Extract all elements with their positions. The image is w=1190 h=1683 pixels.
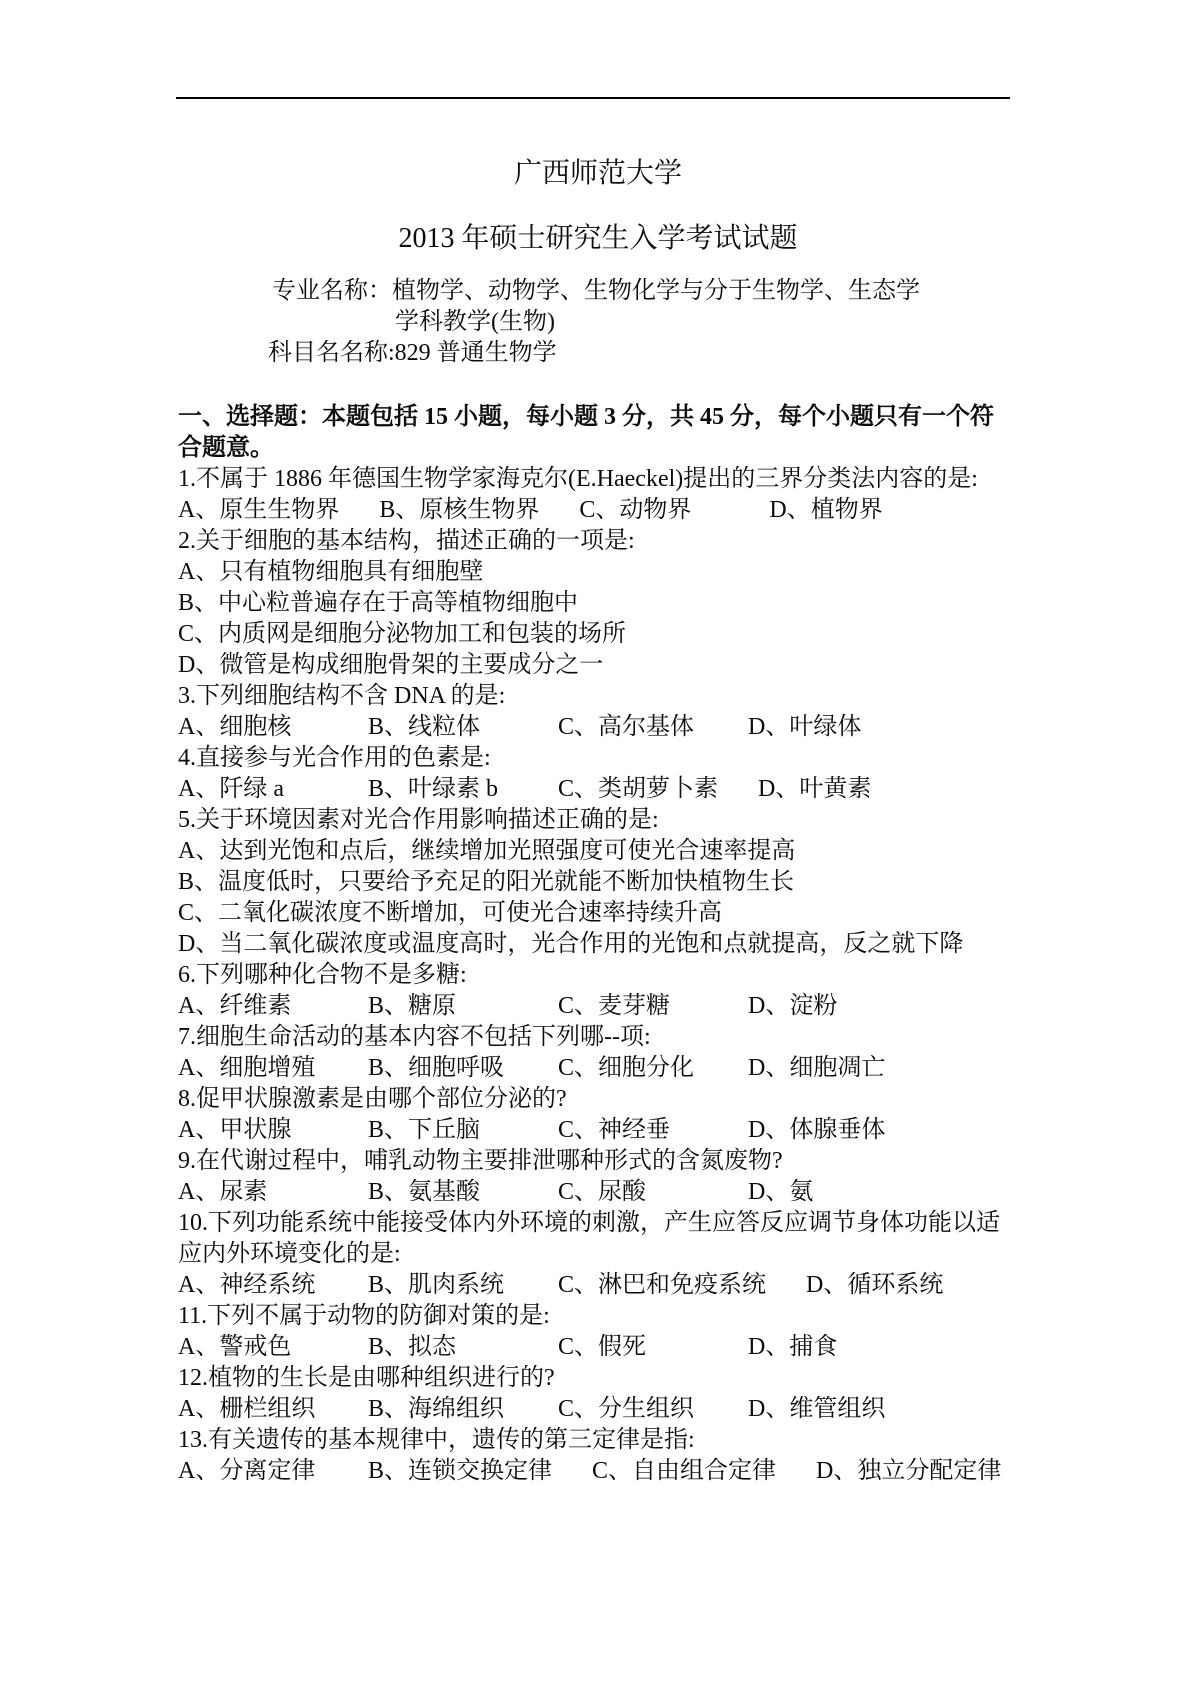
question-item: 11.下列不属于动物的防御对策的是: A、警戒色B、拟态C、假死D、捕食 (178, 1301, 1018, 1363)
question-item: 9.在代谢过程中，哺乳动物主要排泄哪种形式的含氮废物? A、尿素B、氨基酸C、尿… (178, 1146, 1018, 1208)
question-stem: 12.植物的生长是由哪种组织进行的? (178, 1363, 1018, 1394)
question-stem: 10.下列功能系统中能接受体内外环境的刺激，产生应答反应调节身体功能以适应内外环… (178, 1208, 1018, 1270)
question-item: 6.下列哪种化合物不是多糖: A、纤维素B、糖原C、麦芽糖D、淀粉 (178, 960, 1018, 1022)
option: D、循环系统 (806, 1270, 943, 1301)
option: C、麦芽糖 (558, 991, 708, 1022)
option: C、类胡萝卜素 (558, 774, 718, 805)
questions-list: 1.不属于 1886 年德国生物学家海克尔(E.Haeckel)提出的三界分类法… (178, 464, 1018, 1487)
option: A、尿素 (178, 1177, 328, 1208)
option: B、连锁交换定律 (368, 1456, 552, 1487)
option: C、淋巴和免疫系统 (558, 1270, 766, 1301)
option: C、高尔基体 (558, 712, 708, 743)
question-stem: 5.关于环境因素对光合作用影响描述正确的是: (178, 805, 1018, 836)
option: D、当二氧化碳浓度或温度高时，光合作用的光饱和点就提高，反之就下降 (178, 929, 1018, 960)
option: D、体腺垂体 (748, 1115, 885, 1146)
exam-info-block: 专业名称：植物学、动物学、生物化学与分于生物学、生态学 学科教学(生物) 科目名… (178, 276, 1018, 369)
option: A、原生生物界 (178, 495, 339, 526)
option: D、叶绿体 (748, 712, 861, 743)
option: D、氨 (748, 1177, 813, 1208)
options-row: A、细胞增殖B、细胞呼吸C、细胞分化D、细胞凋亡 (178, 1053, 1018, 1084)
option: C、神经垂 (558, 1115, 708, 1146)
options-row: A、分离定律B、连锁交换定律C、自由组合定律D、独立分配定律 (178, 1456, 1018, 1487)
question-item: 12.植物的生长是由哪种组织进行的? A、栅栏组织B、海绵组织C、分生组织D、维… (178, 1363, 1018, 1425)
option: B、氨基酸 (368, 1177, 518, 1208)
question-stem: 11.下列不属于动物的防御对策的是: (178, 1301, 1018, 1332)
question-item: 3.下列细胞结构不含 DNA 的是: A、细胞核B、线粒体C、高尔基体D、叶绿体 (178, 681, 1018, 743)
section-heading-line2: 合题意。 (178, 433, 1018, 464)
options-row: A、警戒色B、拟态C、假死D、捕食 (178, 1332, 1018, 1363)
option: D、微管是构成细胞骨架的主要成分之一 (178, 650, 1018, 681)
section-heading: 一、选择题：本题包括 15 小题，每小题 3 分，共 45 分，每个小题只有一个… (178, 402, 1018, 464)
option: B、细胞呼吸 (368, 1053, 518, 1084)
option: A、警戒色 (178, 1332, 328, 1363)
page-content: 广西师范大学 2013 年硕士研究生入学考试试题 专业名称：植物学、动物学、生物… (178, 99, 1018, 1487)
subject-name-line: 科目名名称:829 普通生物学 (178, 338, 1018, 369)
question-item: 7.细胞生命活动的基本内容不包括下列哪--项: A、细胞增殖B、细胞呼吸C、细胞… (178, 1022, 1018, 1084)
option: A、只有植物细胞具有细胞壁 (178, 557, 1018, 588)
option: C、自由组合定律 (592, 1456, 776, 1487)
option: C、分生组织 (558, 1394, 708, 1425)
university-title: 广西师范大学 (178, 157, 1018, 191)
option: C、内质网是细胞分泌物加工和包装的场所 (178, 619, 1018, 650)
major-names-line2: 学科教学(生物) (178, 307, 1018, 338)
option: C、假死 (558, 1332, 708, 1363)
section-heading-line1: 一、选择题：本题包括 15 小题，每小题 3 分，共 45 分，每个小题只有一个… (178, 402, 1018, 433)
option: C、动物界 (579, 495, 729, 526)
option: C、尿酸 (558, 1177, 708, 1208)
question-stem: 13.有关遗传的基本规律中，遗传的第三定律是指: (178, 1425, 1018, 1456)
question-stem: 3.下列细胞结构不含 DNA 的是: (178, 681, 1018, 712)
question-item: 5.关于环境因素对光合作用影响描述正确的是: A、达到光饱和点后，继续增加光照强… (178, 805, 1018, 960)
options-row: A、纤维素B、糖原C、麦芽糖D、淀粉 (178, 991, 1018, 1022)
options-row: A、甲状腺B、下丘脑C、神经垂D、体腺垂体 (178, 1115, 1018, 1146)
question-stem: 7.细胞生命活动的基本内容不包括下列哪--项: (178, 1022, 1018, 1053)
options-row: A、栅栏组织B、海绵组织C、分生组织D、维管组织 (178, 1394, 1018, 1425)
option: A、分离定律 (178, 1456, 328, 1487)
options-row: A、只有植物细胞具有细胞壁B、中心粒普遍存在于高等植物细胞中C、内质网是细胞分泌… (178, 557, 1018, 681)
option: C、二氧化碳浓度不断增加，可使光合速率持续升高 (178, 898, 1018, 929)
question-stem: 6.下列哪种化合物不是多糖: (178, 960, 1018, 991)
option: A、神经系统 (178, 1270, 328, 1301)
question-item: 13.有关遗传的基本规律中，遗传的第三定律是指: A、分离定律B、连锁交换定律C… (178, 1425, 1018, 1487)
question-stem: 9.在代谢过程中，哺乳动物主要排泄哪种形式的含氮废物? (178, 1146, 1018, 1177)
option: D、捕食 (748, 1332, 837, 1363)
option: D、淀粉 (748, 991, 837, 1022)
option: D、维管组织 (748, 1394, 885, 1425)
option: B、中心粒普遍存在于高等植物细胞中 (178, 588, 1018, 619)
option: D、植物界 (769, 495, 882, 526)
option: A、细胞核 (178, 712, 328, 743)
question-item: 4.直接参与光合作用的色素是: A、阡绿 aB、叶绿素 bC、类胡萝卜素D、叶黄… (178, 743, 1018, 805)
option: D、独立分配定律 (816, 1456, 1001, 1487)
options-row: A、细胞核B、线粒体C、高尔基体D、叶绿体 (178, 712, 1018, 743)
question-stem: 1.不属于 1886 年德国生物学家海克尔(E.Haeckel)提出的三界分类法… (178, 464, 1018, 495)
option: B、线粒体 (368, 712, 518, 743)
options-row: A、达到光饱和点后，继续增加光照强度可使光合速率提高B、温度低时，只要给予充足的… (178, 836, 1018, 960)
option: A、甲状腺 (178, 1115, 328, 1146)
question-item: 10.下列功能系统中能接受体内外环境的刺激，产生应答反应调节身体功能以适应内外环… (178, 1208, 1018, 1301)
option: B、糖原 (368, 991, 518, 1022)
question-item: 1.不属于 1886 年德国生物学家海克尔(E.Haeckel)提出的三界分类法… (178, 464, 1018, 526)
option: A、达到光饱和点后，继续增加光照强度可使光合速率提高 (178, 836, 1018, 867)
options-row: A、阡绿 aB、叶绿素 bC、类胡萝卜素D、叶黄素 (178, 774, 1018, 805)
option: C、细胞分化 (558, 1053, 708, 1084)
option: A、阡绿 a (178, 774, 328, 805)
options-row: A、尿素B、氨基酸C、尿酸D、氨 (178, 1177, 1018, 1208)
option: A、纤维素 (178, 991, 328, 1022)
option: B、海绵组织 (368, 1394, 518, 1425)
option: B、下丘脑 (368, 1115, 518, 1146)
options-row: A、原生生物界B、原核生物界C、动物界D、植物界 (178, 495, 1018, 526)
question-item: 2.关于细胞的基本结构，描述正确的一项是: A、只有植物细胞具有细胞壁B、中心粒… (178, 526, 1018, 681)
option: D、叶黄素 (758, 774, 871, 805)
option: B、肌肉系统 (368, 1270, 518, 1301)
option: A、细胞增殖 (178, 1053, 328, 1084)
question-item: 8.促甲状腺激素是由哪个部位分泌的? A、甲状腺B、下丘脑C、神经垂D、体腺垂体 (178, 1084, 1018, 1146)
question-stem: 8.促甲状腺激素是由哪个部位分泌的? (178, 1084, 1018, 1115)
question-stem: 4.直接参与光合作用的色素是: (178, 743, 1018, 774)
question-stem: 2.关于细胞的基本结构，描述正确的一项是: (178, 526, 1018, 557)
option: B、温度低时，只要给予充足的阳光就能不断加快植物生长 (178, 867, 1018, 898)
options-row: A、神经系统B、肌肉系统C、淋巴和免疫系统D、循环系统 (178, 1270, 1018, 1301)
exam-title: 2013 年硕士研究生入学考试试题 (178, 222, 1018, 256)
option: B、拟态 (368, 1332, 518, 1363)
major-names-line: 专业名称：植物学、动物学、生物化学与分于生物学、生态学 (178, 276, 1018, 307)
option: B、原核生物界 (379, 495, 539, 526)
option: B、叶绿素 b (368, 774, 518, 805)
option: D、细胞凋亡 (748, 1053, 885, 1084)
exam-paper-page: 广西师范大学 2013 年硕士研究生入学考试试题 专业名称：植物学、动物学、生物… (0, 0, 1190, 1683)
option: A、栅栏组织 (178, 1394, 328, 1425)
